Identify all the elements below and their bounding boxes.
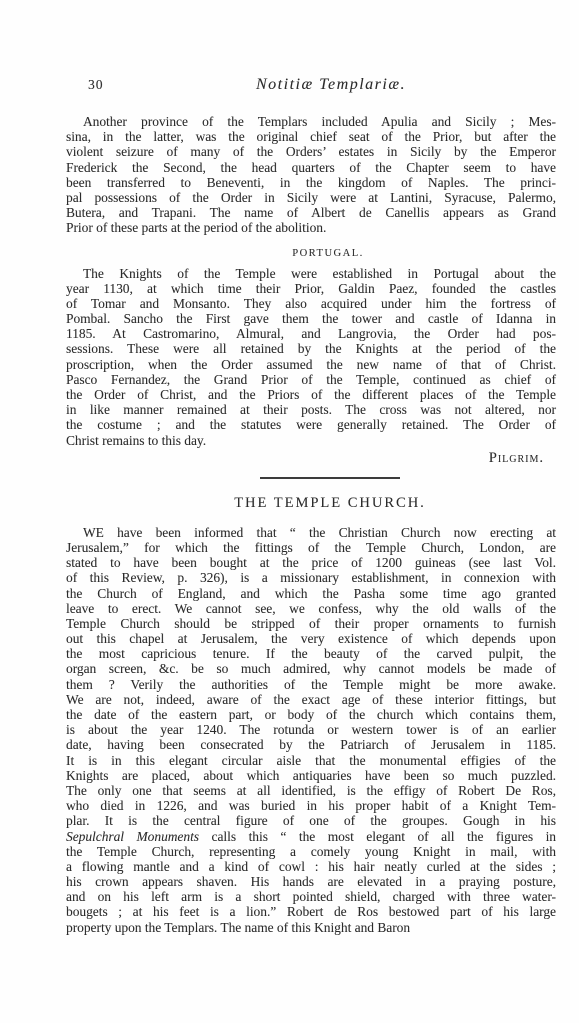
author-signature: Pilgrim.	[66, 450, 556, 467]
text-line: in like manner remained at their posts. …	[66, 402, 556, 417]
text-line: Temple Church should be stripped of thei…	[66, 616, 556, 631]
text-line: We are not, indeed, aware of the exact a…	[66, 692, 556, 707]
section-heading-portugal: PORTUGAL.	[83, 248, 573, 259]
text-line: The only one that seems at all identifie…	[66, 783, 556, 798]
text-line: Frederick the Second, the head quarters …	[66, 160, 556, 175]
text-line: leave to erect. We cannot see, we confes…	[66, 601, 556, 616]
text-line: organ screen, &c. be so much admired, wh…	[66, 661, 556, 676]
text-line: of this Review, p. 326), is a missionary…	[66, 570, 556, 585]
text-line: a flowing mantle and a kind of cowl : hi…	[66, 859, 556, 874]
text-line: proscription, when the Order assumed the…	[66, 357, 556, 372]
text-line: stated to have been bought at the price …	[66, 555, 556, 570]
text-line: his crown appears shaven. His hands are …	[66, 874, 556, 889]
text-line: out this chapel at Jerusalem, the very e…	[66, 631, 556, 646]
text-line: of Tomar and Monsanto. They also acquire…	[66, 296, 556, 311]
text-line: Jerusalem,” for which the fittings of th…	[66, 540, 556, 555]
running-head: 30 Notitiæ Templariæ.	[66, 76, 556, 96]
text-line: Sepulchral Monuments calls this “ the mo…	[66, 829, 556, 844]
text-line: violent seizure of many of the Orders’ e…	[66, 144, 556, 159]
text-line: the Church of England, and which the Pas…	[66, 586, 556, 601]
paragraph-sicily: Another province of the Templars include…	[66, 114, 556, 236]
text-line: them ? Verily the authorities of the Tem…	[66, 677, 556, 692]
text-line: is about the year 1240. The rotunda or w…	[66, 722, 556, 737]
text-block: 30 Notitiæ Templariæ. Another province o…	[66, 76, 556, 935]
text-line: sessions. These were all retained by the…	[66, 341, 556, 356]
text-line: been transferred to Beneventi, in the ki…	[66, 175, 556, 190]
text-line: Prior of these parts at the period of th…	[66, 220, 556, 235]
text-line: the date of the eastern part, or body of…	[66, 707, 556, 722]
text-line: Another province of the Templars include…	[66, 114, 556, 129]
text-line: It is in this elegant circular aisle tha…	[66, 753, 556, 768]
scanned-book-page: 30 Notitiæ Templariæ. Another province o…	[0, 0, 579, 1023]
text-line: The Knights of the Temple were establish…	[66, 266, 556, 281]
text-line: year 1130, at which time their Prior, Ga…	[66, 281, 556, 296]
text-line: Butera, and Trapani. The name of Albert …	[66, 205, 556, 220]
section-divider-rule	[260, 477, 400, 479]
paragraph-portugal: The Knights of the Temple were establish…	[66, 266, 556, 448]
text-line: property upon the Templars. The name of …	[66, 920, 556, 935]
text-line: the costume ; and the statutes were gene…	[66, 417, 556, 432]
article-heading-temple-church: THE TEMPLE CHURCH.	[85, 495, 575, 512]
text-line: Knights are placed, about which antiquar…	[66, 768, 556, 783]
text-line: who died in 1226, and was buried in his …	[66, 798, 556, 813]
text-line: date, having been consecrated by the Pat…	[66, 737, 556, 752]
text-line: 1185. At Castromarino, Almural, and Lang…	[66, 326, 556, 341]
text-line: bougets ; at his feet is a lion.” Robert…	[66, 904, 556, 919]
text-line: Pasco Fernandez, the Grand Prior of the …	[66, 372, 556, 387]
text-line: plar. It is the central figure of one of…	[66, 813, 556, 828]
text-line: sina, in the latter, was the original ch…	[66, 129, 556, 144]
paragraph-temple-church: WE have been informed that “ the Christi…	[66, 525, 556, 935]
text-line: the Order of Christ, and the Priors of t…	[66, 387, 556, 402]
text-line: and on his left arm is a short pointed s…	[66, 889, 556, 904]
running-title: Notitiæ Templariæ.	[86, 76, 576, 94]
text-line: Pombal. Sancho the First gave them the t…	[66, 311, 556, 326]
text-line: the most capricious tenure. If the beaut…	[66, 646, 556, 661]
text-line: WE have been informed that “ the Christi…	[66, 525, 556, 540]
text-line: Christ remains to this day.	[66, 433, 556, 448]
text-line: the Temple Church, representing a comely…	[66, 844, 556, 859]
text-line: pal possessions of the Order in Sicily w…	[66, 190, 556, 205]
